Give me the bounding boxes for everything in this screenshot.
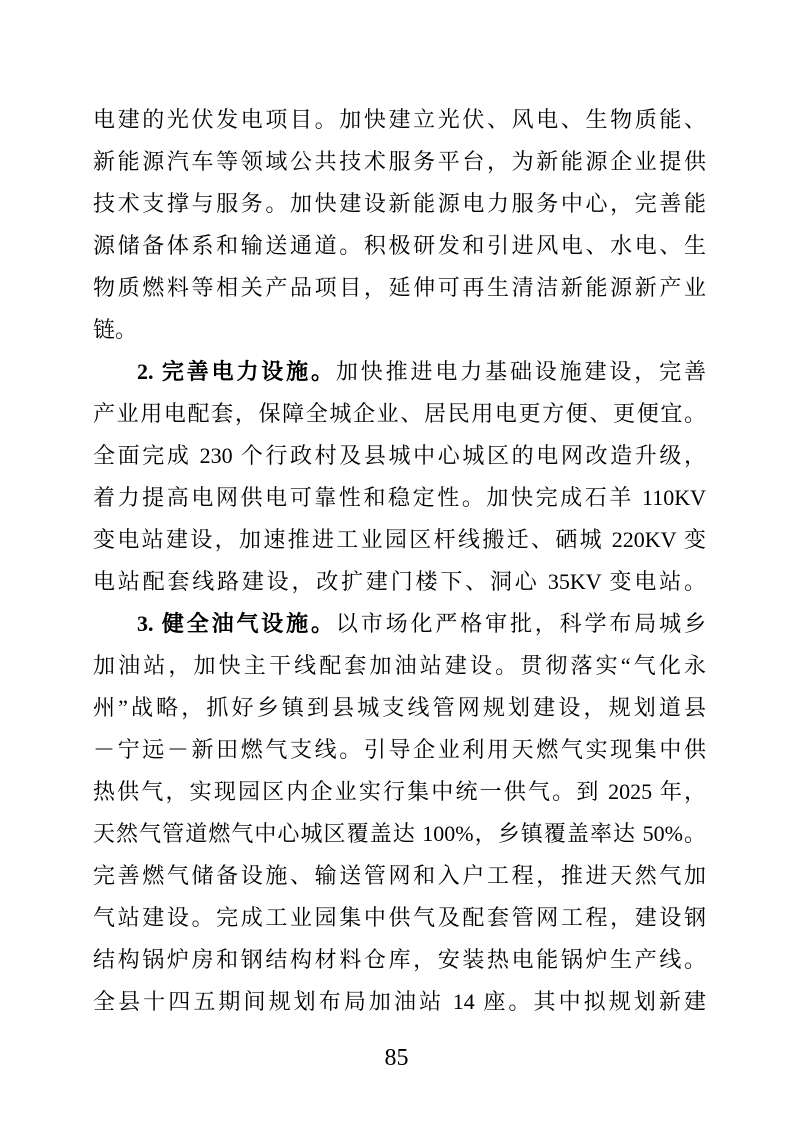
- text-line: 完善燃气储备设施、输送管网和入户工程，推进天然气加: [93, 855, 706, 897]
- text-line: 电站配套线路建设，改扩建门楼下、洞心 35KV 变电站。: [93, 561, 706, 603]
- document-page: 电建的光伏发电项目。加快建立光伏、风电、生物质能、 新能源汽车等领域公共技术服务…: [0, 0, 793, 1122]
- page-number: 85: [0, 1043, 793, 1073]
- paragraph-new-energy-continuation: 电建的光伏发电项目。加快建立光伏、风电、生物质能、 新能源汽车等领域公共技术服务…: [93, 99, 706, 351]
- text-line: 物质燃料等相关产品项目，延伸可再生清洁新能源新产业: [93, 267, 706, 309]
- paragraph-oil-gas-facilities: 3. 健全油气设施。以市场化严格审批，科学布局城乡 加油站，加快主干线配套加油站…: [93, 603, 706, 1023]
- text-line: 技术支撑与服务。加快建设新能源电力服务中心，完善能: [93, 183, 706, 225]
- text-line: 电建的光伏发电项目。加快建立光伏、风电、生物质能、: [93, 99, 706, 141]
- text-line: 全面完成 230 个行政村及县城中心城区的电网改造升级，: [93, 435, 706, 477]
- text-line: 气站建设。完成工业园集中供气及配套管网工程，建设钢: [93, 897, 706, 939]
- text-line: 州”战略，抓好乡镇到县城支线管网规划建设，规划道县: [93, 687, 706, 729]
- section-heading-3-rest: 以市场化严格审批，科学布局城乡: [336, 611, 706, 636]
- section-heading-3: 3. 健全油气设施。: [137, 611, 336, 636]
- text-line: 天然气管道燃气中心城区覆盖达 100%，乡镇覆盖率达 50%。: [93, 813, 706, 855]
- text-line: 源储备体系和输送通道。积极研发和引进风电、水电、生: [93, 225, 706, 267]
- text-line: 变电站建设，加速推进工业园区杆线搬迁、硒城 220KV 变: [93, 519, 706, 561]
- document-body: 电建的光伏发电项目。加快建立光伏、风电、生物质能、 新能源汽车等领域公共技术服务…: [93, 99, 706, 1023]
- section-heading-2: 2. 完善电力设施。: [137, 359, 336, 384]
- text-line: －宁远－新田燃气支线。引导企业利用天燃气实现集中供: [93, 729, 706, 771]
- text-line: 链。: [93, 309, 706, 351]
- text-line: 产业用电配套，保障全城企业、居民用电更方便、更便宜。: [93, 393, 706, 435]
- text-line: 新能源汽车等领域公共技术服务平台，为新能源企业提供: [93, 141, 706, 183]
- text-line: 全县十四五期间规划布局加油站 14 座。其中拟规划新建: [93, 981, 706, 1023]
- section-heading-2-rest: 加快推进电力基础设施建设，完善: [336, 359, 706, 384]
- text-line: 加油站，加快主干线配套加油站建设。贯彻落实“气化永: [93, 645, 706, 687]
- text-line: 3. 健全油气设施。以市场化严格审批，科学布局城乡: [93, 603, 706, 645]
- text-line: 着力提高电网供电可靠性和稳定性。加快完成石羊 110KV: [93, 477, 706, 519]
- text-line: 结构锅炉房和钢结构材料仓库，安装热电能锅炉生产线。: [93, 939, 706, 981]
- text-line: 2. 完善电力设施。加快推进电力基础设施建设，完善: [93, 351, 706, 393]
- text-line: 热供气，实现园区内企业实行集中统一供气。到 2025 年，: [93, 771, 706, 813]
- paragraph-power-facilities: 2. 完善电力设施。加快推进电力基础设施建设，完善 产业用电配套，保障全城企业、…: [93, 351, 706, 603]
